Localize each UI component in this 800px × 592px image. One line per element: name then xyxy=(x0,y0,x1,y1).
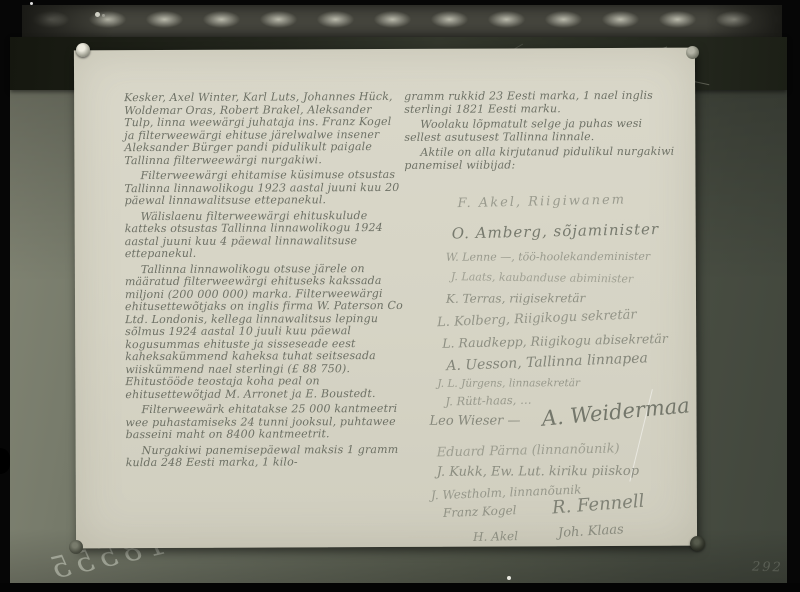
document-column-right: gramm rukkid 23 Eesti marka, 1 nael ingl… xyxy=(404,90,680,175)
signature: Franz Kogel xyxy=(443,503,517,520)
signature: O. Amberg, sõjaminister xyxy=(452,220,660,243)
signature: F. Akel, Riigiwanem xyxy=(457,192,626,211)
signature: W. Lenne —, töö-hoolekandeminister xyxy=(446,250,650,264)
signature: Joh. Klaas xyxy=(558,522,624,541)
signature: Eduard Pärna (linnanõunik) xyxy=(437,441,620,460)
signature: J. Rütt-haas, … xyxy=(445,393,531,409)
signature: J. Laats, kaubanduse abiminister xyxy=(451,270,633,285)
chalk-faint-number: 292 xyxy=(752,559,783,575)
signature: L. Kolberg, Riigikogu sekretär xyxy=(437,307,637,330)
signature-intro: Aktile on alla kirjutanud pidulikul nurg… xyxy=(404,146,680,172)
signature: Leo Wieser — xyxy=(430,413,521,428)
document-paragraph: Filterweewärgi ehitamise küsimuse otsust… xyxy=(124,169,402,208)
document-paragraph: Kesker, Axel Winter, Karl Luts, Johannes… xyxy=(124,91,402,167)
signature: J. Kukk, Ew. Lut. kiriku piiskop xyxy=(437,464,639,480)
document-paragraph: Nurgakiwi panemisepäewal maksis 1 gramm … xyxy=(126,443,404,469)
document-paragraph: Woolaku lõpmatult selge ja puhas wesi se… xyxy=(404,118,680,144)
document-paragraph: gramm rukkid 23 Eesti marka, 1 nael ingl… xyxy=(404,90,680,116)
document-paragraph: Tallinna linnawolikogu otsuse järele on … xyxy=(125,262,404,401)
glare-fade xyxy=(22,5,782,37)
signature: J. L. Jürgens, linnasekretär xyxy=(437,377,580,390)
photo-bottom-border xyxy=(0,583,800,592)
signature: H. Akel xyxy=(473,529,518,544)
signature: A. Uesson, Tallinna linnapea xyxy=(446,350,648,374)
signature: K. Terras, riigisekretär xyxy=(446,291,585,306)
thumbtack-top-left xyxy=(76,43,90,57)
document-paragraph: Wälislaenu filterweewärgi ehituskulude k… xyxy=(125,209,403,260)
document-paragraph: Filterweewärk ehitatakse 25 000 kantmeet… xyxy=(125,403,403,442)
photo-edge-notch xyxy=(0,448,10,474)
signature: L. Raudkepp, Riigikogu abisekretär xyxy=(442,331,668,351)
signature: A. Weidermaa xyxy=(541,393,691,430)
top-glare-strip xyxy=(22,5,782,37)
thumbtack-bottom-left xyxy=(69,540,83,554)
document-column-left: Kesker, Axel Winter, Karl Luts, Johannes… xyxy=(124,91,404,473)
photograph: 18555 292 Kesker, Axel Winter, Karl Luts… xyxy=(0,0,800,592)
thumbtack-top-right xyxy=(686,46,699,59)
document-paper: Kesker, Axel Winter, Karl Luts, Johannes… xyxy=(74,48,697,549)
film-specks xyxy=(30,2,33,5)
thumbtack-bottom-right xyxy=(690,536,705,551)
emulsion-damage-specks xyxy=(507,576,511,580)
